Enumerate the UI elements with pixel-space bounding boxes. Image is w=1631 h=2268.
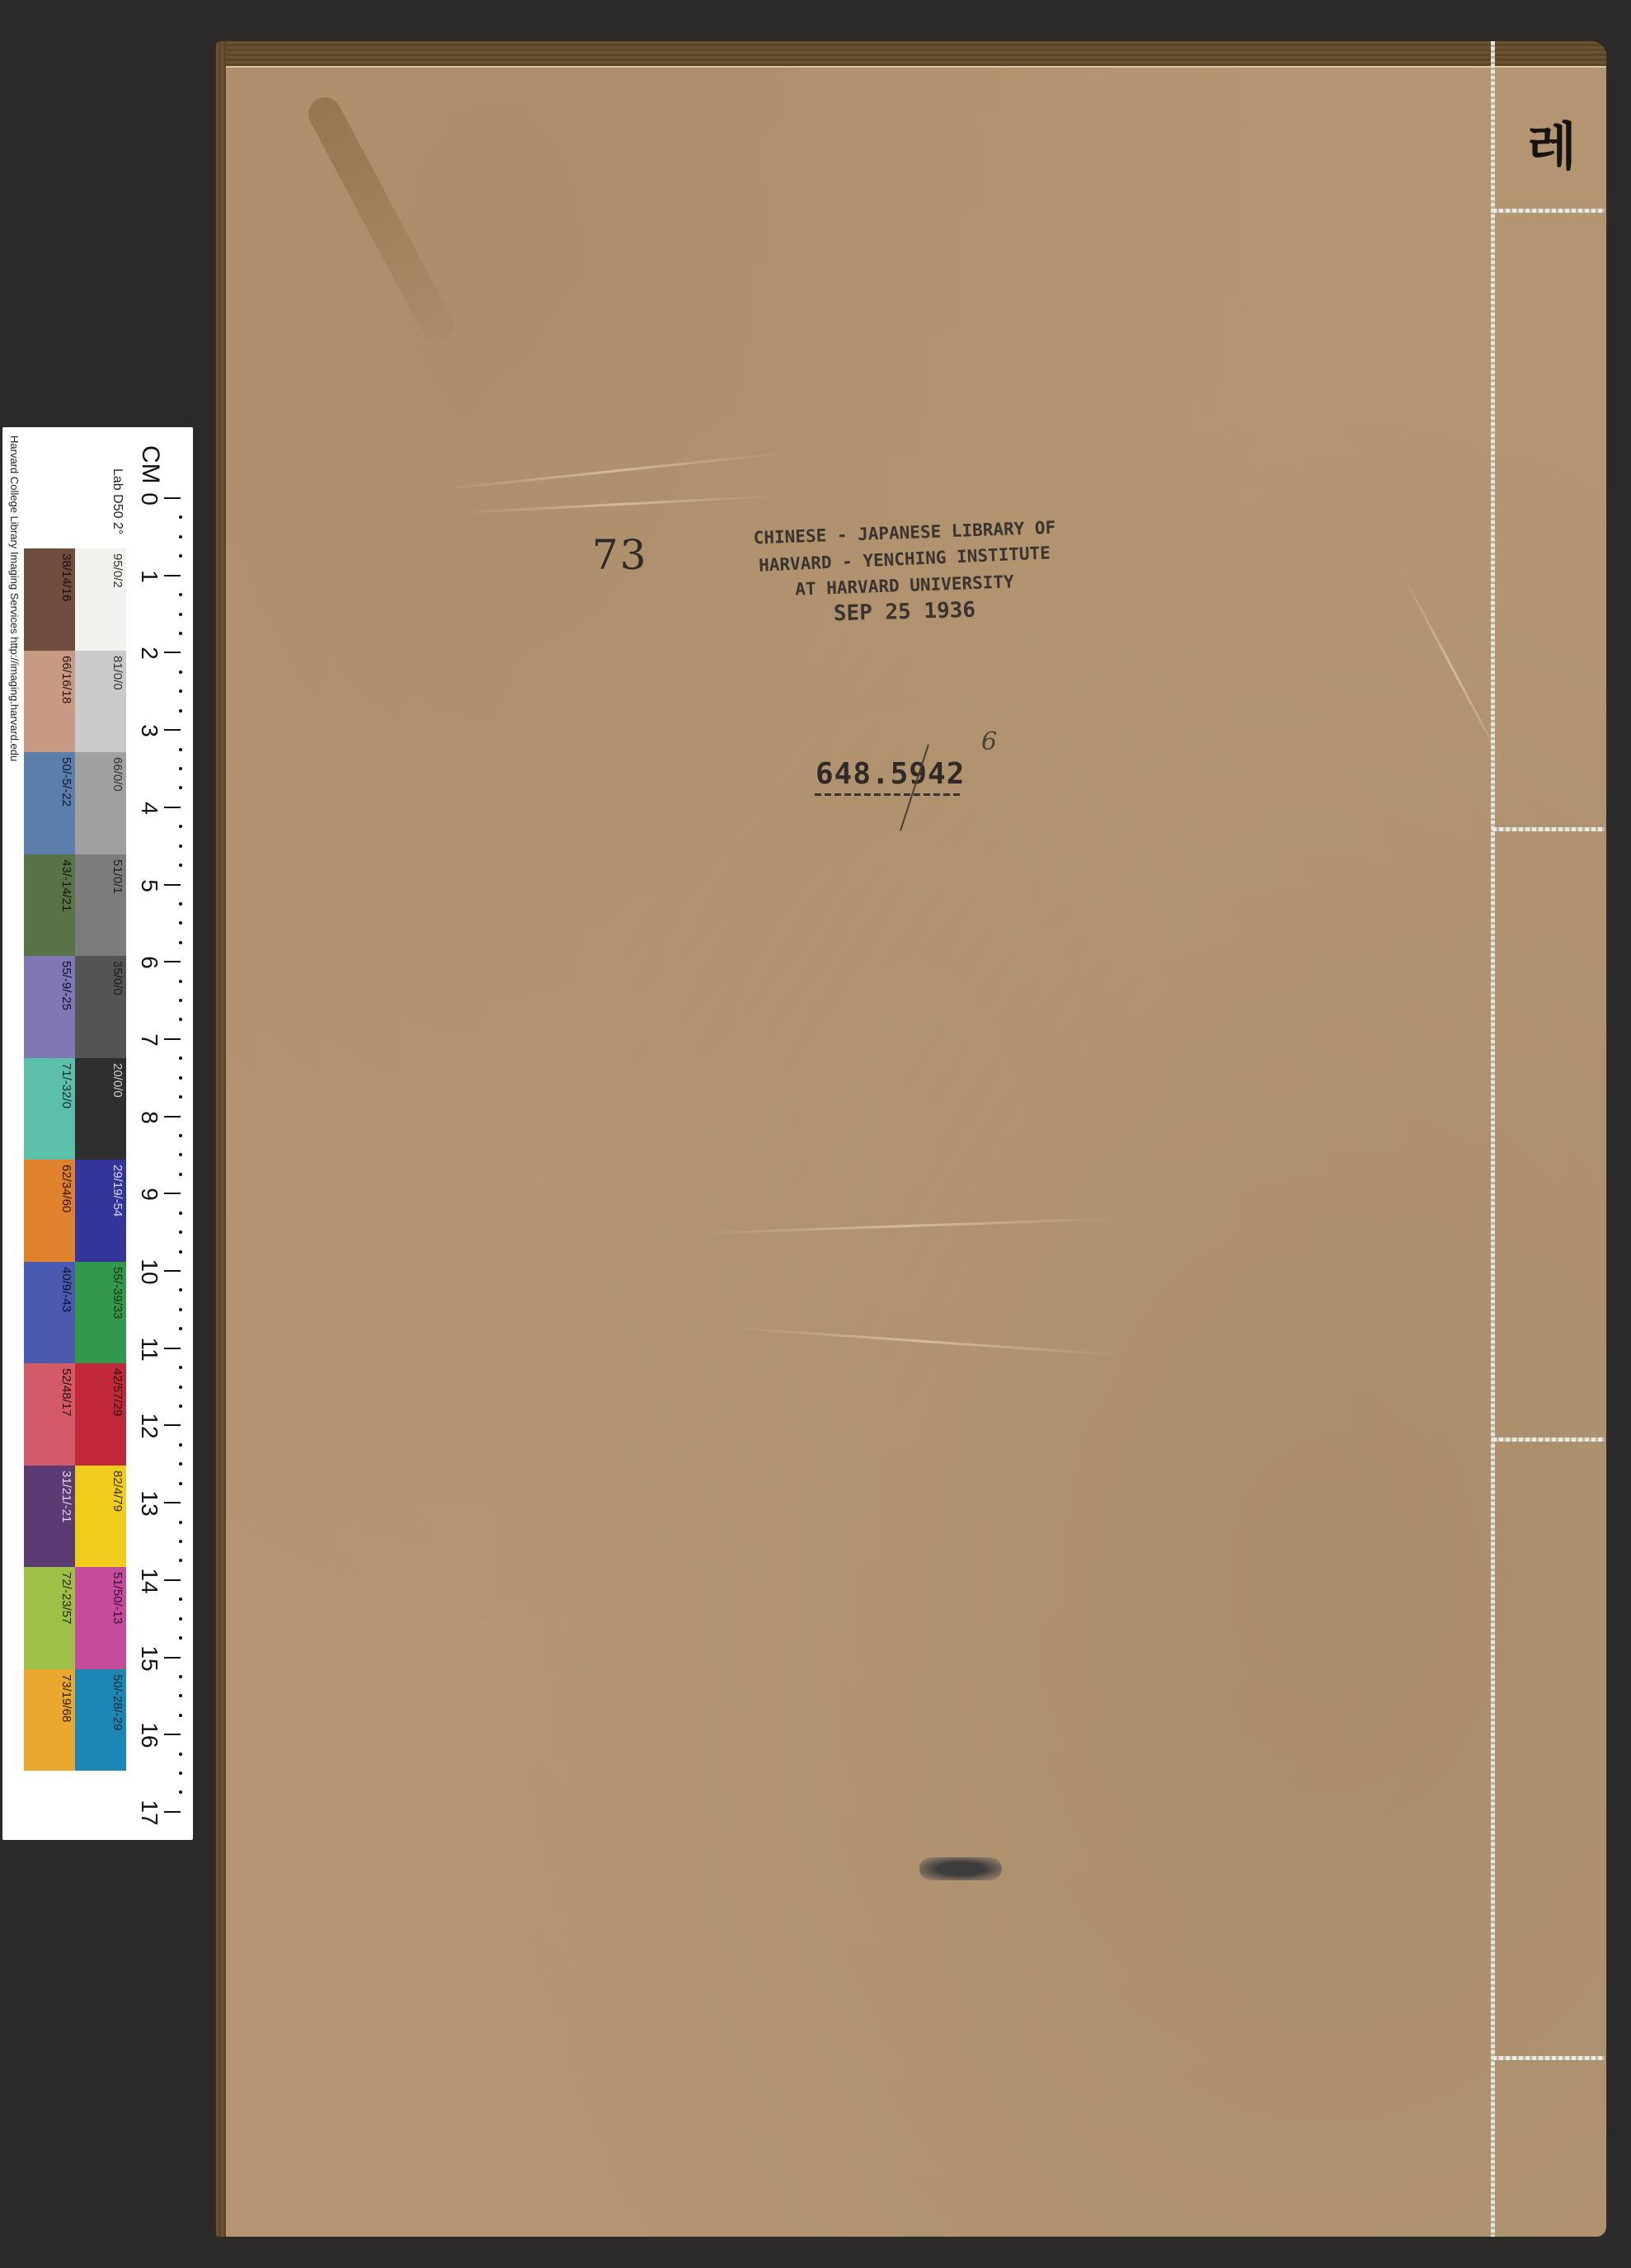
ruler-cm-label: 5: [136, 879, 162, 892]
ruler-cm-label: 10: [136, 1259, 162, 1284]
binding-thread-horizontal: [1492, 827, 1605, 831]
swatch-lab-value: 72/-23/57: [59, 1572, 73, 1624]
swatch-lab-value: 35/0/0: [110, 961, 125, 995]
paper-crease: [727, 1326, 1122, 1356]
grayscale-swatch: 81/0/0: [75, 651, 126, 753]
color-swatch: 40/9/-43: [24, 1262, 75, 1364]
ruler-minor-tick: [179, 1540, 182, 1543]
binding-thread-horizontal: [1492, 209, 1605, 213]
call-number: 648.5942: [815, 757, 965, 791]
swatch-lab-value: 73/19/68: [59, 1674, 73, 1722]
ruler-minor-tick: [179, 941, 182, 944]
ruler-minor-tick: [179, 613, 182, 616]
grayscale-swatch: 20/0/0: [75, 1058, 126, 1160]
color-calibration-target: Harvard College Library Imaging Services…: [2, 427, 193, 1840]
ruler-minor-tick: [179, 1597, 182, 1601]
swatch-lab-value: 20/0/0: [110, 1063, 125, 1098]
ruler-minor-tick: [179, 1288, 182, 1292]
ruler-major-tick: [164, 1579, 181, 1581]
ruler-minor-tick: [179, 786, 182, 789]
ruler-minor-tick: [179, 999, 182, 1002]
paper-crease: [1402, 574, 1505, 765]
swatch-lab-value: 50/-28/-29: [110, 1674, 125, 1730]
ruler-major-tick: [164, 1038, 181, 1040]
ruler-minor-tick: [179, 1559, 182, 1562]
ruler-major-tick: [164, 575, 181, 576]
grayscale-swatch: 82/4/79: [75, 1466, 126, 1568]
ruler-major-tick: [164, 729, 181, 731]
paper-crease: [694, 1217, 1123, 1235]
ruler-minor-tick: [179, 632, 182, 635]
grayscale-swatch: 50/-28/-29: [75, 1669, 126, 1772]
water-stain: [303, 92, 459, 347]
ruler-minor-tick: [179, 921, 182, 925]
ruler-minor-tick: [179, 1134, 182, 1137]
ruler-minor-tick: [179, 1250, 182, 1254]
page-edge-left: [216, 41, 226, 2237]
color-swatch: 43/-14/21: [24, 854, 75, 957]
call-number-underline: [815, 793, 963, 796]
ruler-major-tick: [164, 1193, 181, 1194]
ruler-major-tick: [164, 1657, 181, 1659]
library-accession-stamp: CHINESE - JAPANESE LIBRARY OF HARVARD - …: [731, 520, 1078, 625]
grayscale-swatch: 51/0/1: [75, 854, 126, 957]
ruler-major-tick: [164, 497, 181, 499]
swatch-lab-value: 31/21/-21: [59, 1470, 73, 1522]
ruler-minor-tick: [179, 593, 182, 596]
ruler-cm-label: 0: [136, 492, 162, 506]
swatch-lab-value: 71/-32/0: [59, 1063, 73, 1108]
ruler-cm-label: 8: [136, 1111, 162, 1124]
swatch-lab-value: 82/4/79: [110, 1470, 125, 1512]
call-number-annotation: 6: [981, 727, 997, 756]
ruler-major-tick: [164, 961, 181, 962]
swatch-lab-value: 62/34/60: [59, 1165, 73, 1212]
ruler-cm-label: 17: [136, 1800, 162, 1825]
ruler-minor-tick: [179, 1675, 182, 1678]
ruler-major-tick: [164, 1502, 181, 1503]
ruler-major-tick: [164, 807, 181, 808]
ruler-cm-label: 16: [136, 1723, 162, 1748]
ruler-cm-label: 14: [136, 1568, 162, 1593]
ruler-major-tick: [164, 884, 181, 886]
spine-volume-label: 레: [1527, 106, 1577, 179]
ruler-minor-tick: [179, 1366, 182, 1369]
grayscale-swatch: 66/0/0: [75, 752, 126, 854]
ruler-minor-tick: [179, 1482, 182, 1485]
ruler-cm-label: 2: [136, 647, 162, 661]
ruler-minor-tick: [179, 554, 182, 558]
grayscale-swatch: 55/-39/33: [75, 1262, 126, 1364]
ruler-minor-tick: [179, 535, 182, 539]
swatch-lab-value: 38/14/16: [59, 553, 73, 601]
ruler-cm-label: 12: [136, 1414, 162, 1439]
grayscale-swatch: 95/0/2: [75, 548, 126, 651]
grayscale-swatch: 42/57/29: [75, 1363, 126, 1466]
ruler-minor-tick: [179, 1212, 182, 1215]
ruler-minor-tick: [179, 980, 182, 983]
swatch-lab-value: 42/57/29: [110, 1368, 125, 1416]
shelf-number: 73: [592, 531, 648, 579]
ruler-minor-tick: [179, 1230, 182, 1234]
ruler-minor-tick: [179, 1386, 182, 1389]
color-swatch: 38/14/16: [24, 548, 75, 651]
ruler-major-tick: [164, 1811, 181, 1813]
ruler-minor-tick: [179, 1753, 182, 1756]
ruler-minor-tick: [179, 1076, 182, 1080]
ruler-minor-tick: [179, 1443, 182, 1447]
paper-crease: [439, 452, 784, 491]
binding-thread-vertical: [1491, 41, 1495, 2237]
swatch-lab-value: 66/0/0: [110, 757, 125, 792]
color-swatch: 50/-5/-22: [24, 752, 75, 854]
ruler-minor-tick: [179, 1790, 182, 1794]
ruler-minor-tick: [179, 689, 182, 693]
book-cover: 73 CHINESE - JAPANESE LIBRARY OF HARVARD…: [216, 41, 1606, 2237]
color-swatch: 55/-9/-25: [24, 956, 75, 1058]
ruler-cm-label: 15: [136, 1645, 162, 1671]
swatch-lab-value: 51/0/1: [110, 859, 125, 894]
ruler-minor-tick: [179, 1714, 182, 1717]
ruler-cm-label: 3: [136, 724, 162, 737]
ruler-cm-label: 6: [136, 956, 162, 969]
ink-smudge: [919, 1857, 1002, 1880]
swatch-lab-value: 55/-39/33: [110, 1267, 125, 1319]
ruler-minor-tick: [179, 515, 182, 519]
ruler-cm-label: 1: [136, 570, 162, 583]
ruler-minor-tick: [179, 1636, 182, 1640]
ruler-minor-tick: [179, 671, 182, 674]
swatch-lab-value: 40/9/-43: [59, 1267, 73, 1312]
paper-crease: [463, 495, 777, 514]
grayscale-swatch: 51/50/-13: [75, 1567, 126, 1669]
ruler-minor-tick: [179, 1617, 182, 1621]
ruler-minor-tick: [179, 1772, 182, 1775]
ruler-minor-tick: [179, 825, 182, 828]
color-swatch: 72/-23/57: [24, 1567, 75, 1669]
ruler-cm-label: 13: [136, 1491, 162, 1517]
ruler-minor-tick: [179, 1056, 182, 1060]
ruler-minor-tick: [179, 863, 182, 867]
ruler-major-tick: [164, 652, 181, 653]
ruler-major-tick: [164, 1734, 181, 1735]
ruler-minor-tick: [179, 1173, 182, 1176]
color-swatch: 62/34/60: [24, 1160, 75, 1262]
binding-thread-horizontal: [1492, 1437, 1605, 1442]
ruler-cm-label: 11: [136, 1337, 162, 1361]
swatch-lab-value: 52/48/17: [59, 1368, 73, 1416]
swatch-lab-value: 43/-14/21: [59, 859, 73, 911]
ruler-minor-tick: [179, 1405, 182, 1408]
ruler-minor-tick: [179, 1153, 182, 1156]
ruler-minor-tick: [179, 1462, 182, 1466]
color-swatch: 52/48/17: [24, 1363, 75, 1466]
color-swatch: 66/16/18: [24, 651, 75, 753]
ruler-minor-tick: [179, 748, 182, 751]
swatch-lab-value: 55/-9/-25: [59, 961, 73, 1010]
page-edge-top: [216, 41, 1606, 68]
ruler-minor-tick: [179, 767, 182, 770]
ruler-minor-tick: [179, 902, 182, 906]
swatch-lab-value: 81/0/0: [110, 656, 125, 690]
ruler-major-tick: [164, 1116, 181, 1118]
grayscale-swatch: 35/0/0: [75, 956, 126, 1058]
swatch-lab-value: 51/50/-13: [110, 1572, 125, 1624]
ruler-minor-tick: [179, 1095, 182, 1099]
ruler-minor-tick: [179, 1694, 182, 1697]
swatch-lab-value: 66/16/18: [59, 656, 73, 703]
color-swatch: 73/19/68: [24, 1669, 75, 1772]
ruler-major-tick: [164, 1270, 181, 1272]
ruler-minor-tick: [179, 1308, 182, 1311]
ruler-minor-tick: [179, 1521, 182, 1524]
ruler-minor-tick: [179, 1018, 182, 1021]
ruler-major-tick: [164, 1348, 181, 1349]
swatch-lab-value: 50/-5/-22: [59, 757, 73, 807]
color-swatch: 71/-32/0: [24, 1058, 75, 1160]
ruler-cm-label: 7: [136, 1033, 162, 1047]
ruler-minor-tick: [179, 1327, 182, 1330]
grayscale-swatch: 29/19/-54: [75, 1160, 126, 1262]
swatch-lab-value: 29/19/-54: [110, 1165, 125, 1216]
ruler-minor-tick: [179, 845, 182, 848]
ruler-cm-label: 4: [136, 802, 162, 815]
color-swatch: 31/21/-21: [24, 1466, 75, 1568]
binding-thread-horizontal: [1492, 2056, 1605, 2060]
ruler-major-tick: [164, 1424, 181, 1426]
ruler-minor-tick: [179, 709, 182, 713]
ruler-cm-label: 9: [136, 1188, 162, 1202]
swatch-lab-value: 95/0/2: [110, 553, 125, 588]
